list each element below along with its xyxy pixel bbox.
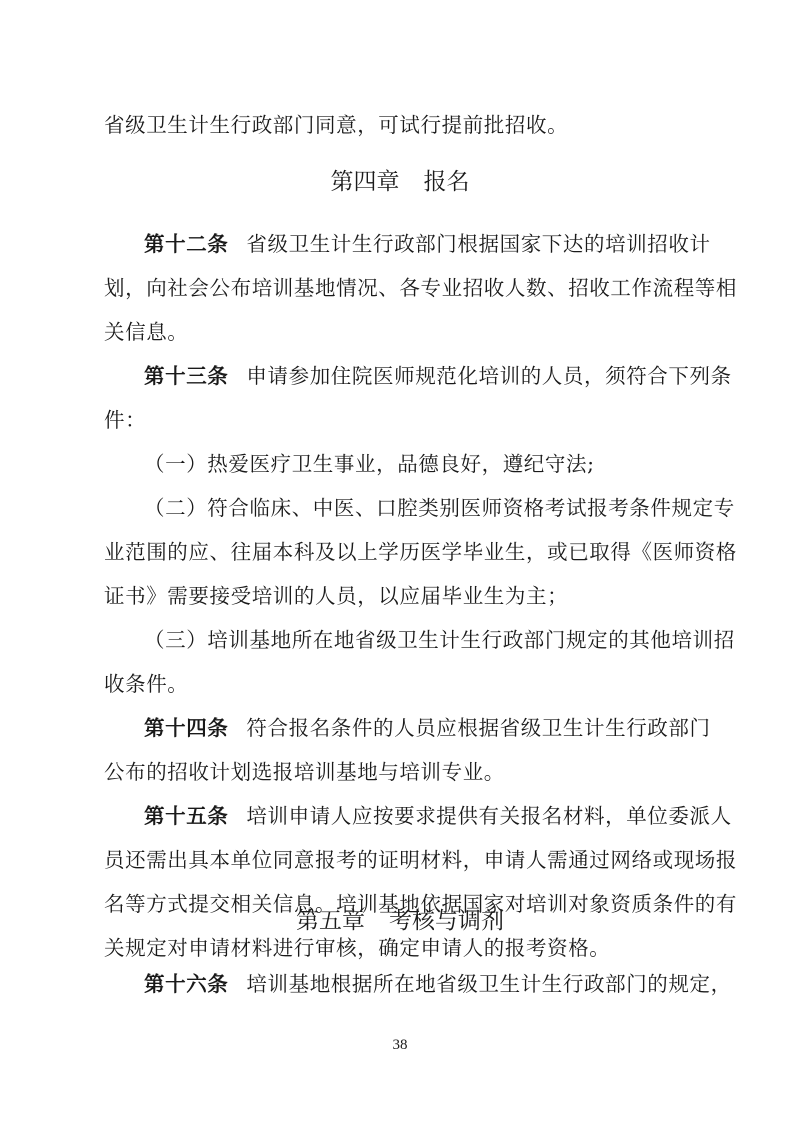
article-13-line: 件： (104, 408, 146, 432)
chapter-number: 第五章 (296, 908, 365, 934)
list-item: （二）符合临床、中医、口腔类别医师资格考试报考条件规定专 (144, 496, 735, 520)
page-number: 38 (0, 1037, 800, 1054)
list-item-line: 证书》需要接受培训的人员，以应届毕业生为主； (104, 584, 568, 608)
list-item: （一）热爱医疗卫生事业，品德良好，遵纪守法; (144, 452, 595, 476)
article-text: 符合报名条件的人员应根据省级卫生计生行政部门 (246, 716, 710, 740)
article-label: 第十六条 (144, 972, 228, 996)
article-12-line: 第十二条省级卫生计生行政部门根据国家下达的培训招收计 (144, 232, 711, 256)
article-14-line: 第十四条符合报名条件的人员应根据省级卫生计生行政部门 (144, 716, 711, 740)
article-14-line: 公布的招收计划选报培训基地与培训专业。 (104, 760, 505, 784)
article-13-line: 第十三条申请参加住院医师规范化培训的人员，须符合下列条 (144, 364, 732, 388)
article-text: 培训基地根据所在地省级卫生计生行政部门的规定， (246, 972, 731, 996)
chapter-heading: 第四章报名 (0, 168, 800, 196)
article-text: 申请参加住院医师规范化培训的人员，须符合下列条 (246, 364, 731, 388)
article-15-line: 关规定对申请材料进行审核，确定申请人的报考资格。 (104, 936, 610, 960)
paragraph-line: 省级卫生计生行政部门同意，可试行提前批招收。 (104, 113, 568, 137)
chapter-title: 报名 (424, 169, 470, 195)
article-label: 第十五条 (144, 804, 228, 828)
list-item-line: 业范围的应、往届本科及以上学历医学毕业生，或已取得《医师资格 (104, 540, 737, 564)
article-text: 省级卫生计生行政部门根据国家下达的培训招收计 (246, 232, 710, 256)
chapter-number: 第四章 (331, 169, 400, 195)
chapter-heading: 第五章考核与调剂 (0, 907, 800, 935)
article-label: 第十二条 (144, 232, 228, 256)
article-label: 第十三条 (144, 364, 228, 388)
article-12-line: 划，向社会公布培训基地情况、各专业招收人数、招收工作流程等相 (104, 276, 737, 300)
article-15-line: 第十五条培训申请人应按要求提供有关报名材料，单位委派人 (144, 804, 732, 828)
list-item-line: 收条件。 (104, 672, 188, 696)
article-text: 培训申请人应按要求提供有关报名材料，单位委派人 (246, 804, 731, 828)
article-label: 第十四条 (144, 716, 228, 740)
article-12-line: 关信息。 (104, 320, 188, 344)
article-16-line: 第十六条培训基地根据所在地省级卫生计生行政部门的规定， (144, 972, 732, 996)
list-item: （三）培训基地所在地省级卫生计生行政部门规定的其他培训招 (144, 628, 735, 652)
article-15-line: 员还需出具本单位同意报考的证明材料，申请人需通过网络或现场报 (104, 848, 737, 872)
chapter-title: 考核与调剂 (389, 908, 504, 934)
